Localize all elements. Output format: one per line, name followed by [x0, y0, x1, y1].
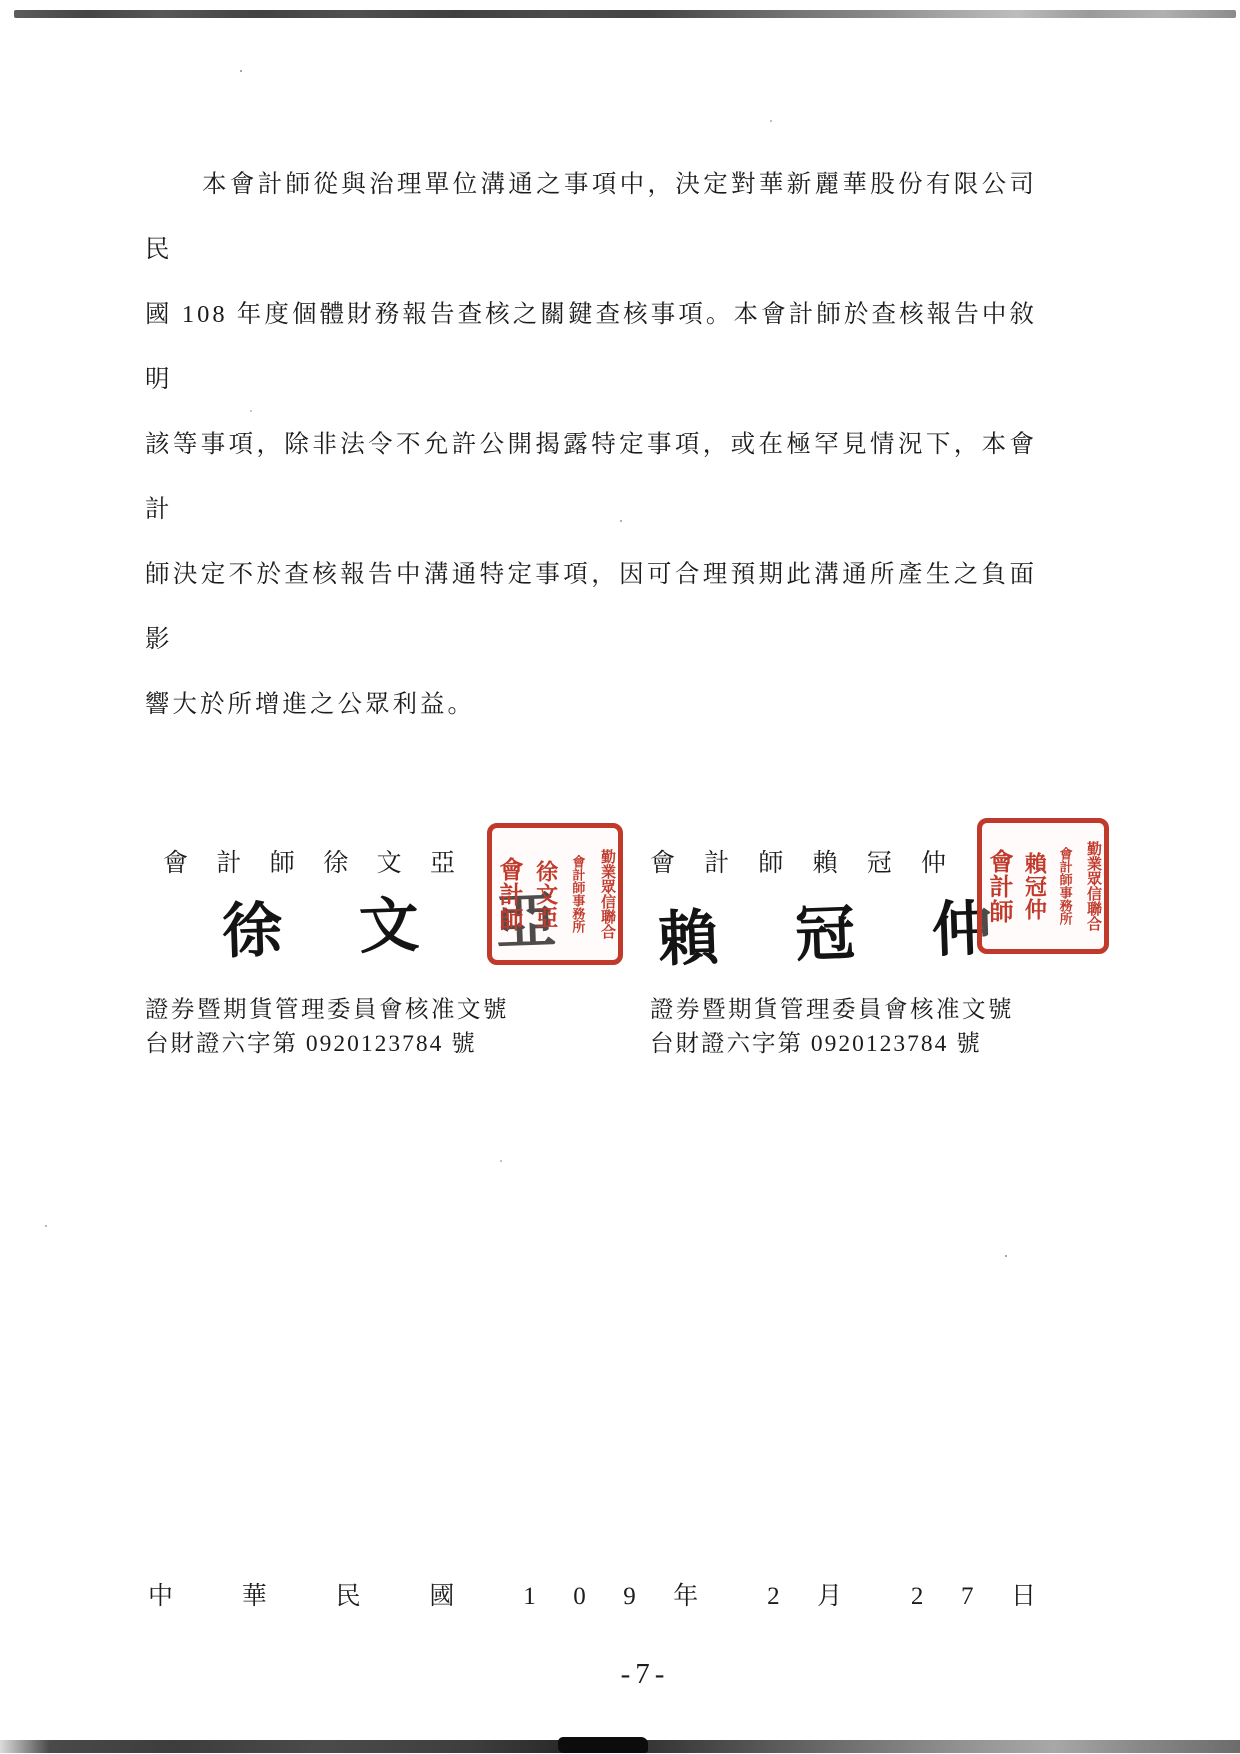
scan-dust-specks	[240, 70, 242, 72]
page-number: -7-	[570, 1658, 720, 1691]
seal-text-column: 勤業眾信聯合	[1085, 828, 1100, 944]
paragraph-line: 本會計師從與治理單位溝通之事項中，決定對華新麗華股份有限公司民	[145, 152, 1037, 282]
seal-text-column: 勤業眾信聯合	[599, 833, 614, 955]
seal-text-column: 會計師事務所	[571, 833, 584, 955]
paragraph-line: 師決定不於查核報告中溝通特定事項，因可合理預期此溝通所產生之負面影	[145, 542, 1037, 672]
seal-text-column: 賴冠仲	[1023, 828, 1045, 944]
seal-text-column: 會計師事務所	[1059, 828, 1072, 944]
approval-line-2: 台財證六字第 0920123784 號	[145, 1027, 565, 1061]
seal-text-column: 會計師	[496, 833, 520, 955]
approval-number-block-right: 證券暨期貨管理委員會核准文號 台財證六字第 0920123784 號	[650, 993, 1070, 1061]
handwritten-signature-right: 賴 冠 仲	[657, 880, 1022, 979]
seal-text-column: 會計師	[986, 828, 1010, 944]
approval-number-block-left: 證券暨期貨管理委員會核准文號 台財證六字第 0920123784 號	[145, 993, 565, 1061]
approval-line-1: 證券暨期貨管理委員會核准文號	[145, 993, 565, 1027]
red-seal-stamp-right: 會計師 賴冠仲 會計師事務所 勤業眾信聯合	[977, 818, 1109, 954]
accountant-title-right: 會 計 師 賴 冠 仲	[650, 843, 946, 879]
red-seal-stamp-left: 會計師 徐文亞 會計師事務所 勤業眾信聯合	[487, 823, 623, 965]
paragraph-line: 響大於所增進之公眾利益。	[145, 672, 1037, 737]
scanned-audit-report-page: 本會計師從與治理單位溝通之事項中，決定對華新麗華股份有限公司民 國 108 年度…	[0, 0, 1240, 1754]
paragraph-line: 該等事項，除非法令不允許公開揭露特定事項，或在極罕見情況下，本會計	[145, 412, 1037, 542]
accountant-title-left: 會 計 師 徐 文 亞	[163, 843, 455, 879]
republic-era-date-line: 中 華 民 國 1 0 9 年 2 月 2 7 日	[148, 1576, 1036, 1612]
approval-line-2: 台財證六字第 0920123784 號	[650, 1027, 1070, 1061]
scan-artifact-top-band	[14, 10, 1236, 18]
paragraph-line: 國 108 年度個體財務報告查核之關鍵查核事項。本會計師於查核報告中敘明	[145, 282, 1037, 412]
seal-text-column: 徐文亞	[535, 833, 557, 955]
approval-line-1: 證券暨期貨管理委員會核准文號	[650, 993, 1070, 1027]
audit-paragraph: 本會計師從與治理單位溝通之事項中，決定對華新麗華股份有限公司民 國 108 年度…	[145, 152, 1037, 737]
scan-artifact-blob	[558, 1737, 648, 1753]
